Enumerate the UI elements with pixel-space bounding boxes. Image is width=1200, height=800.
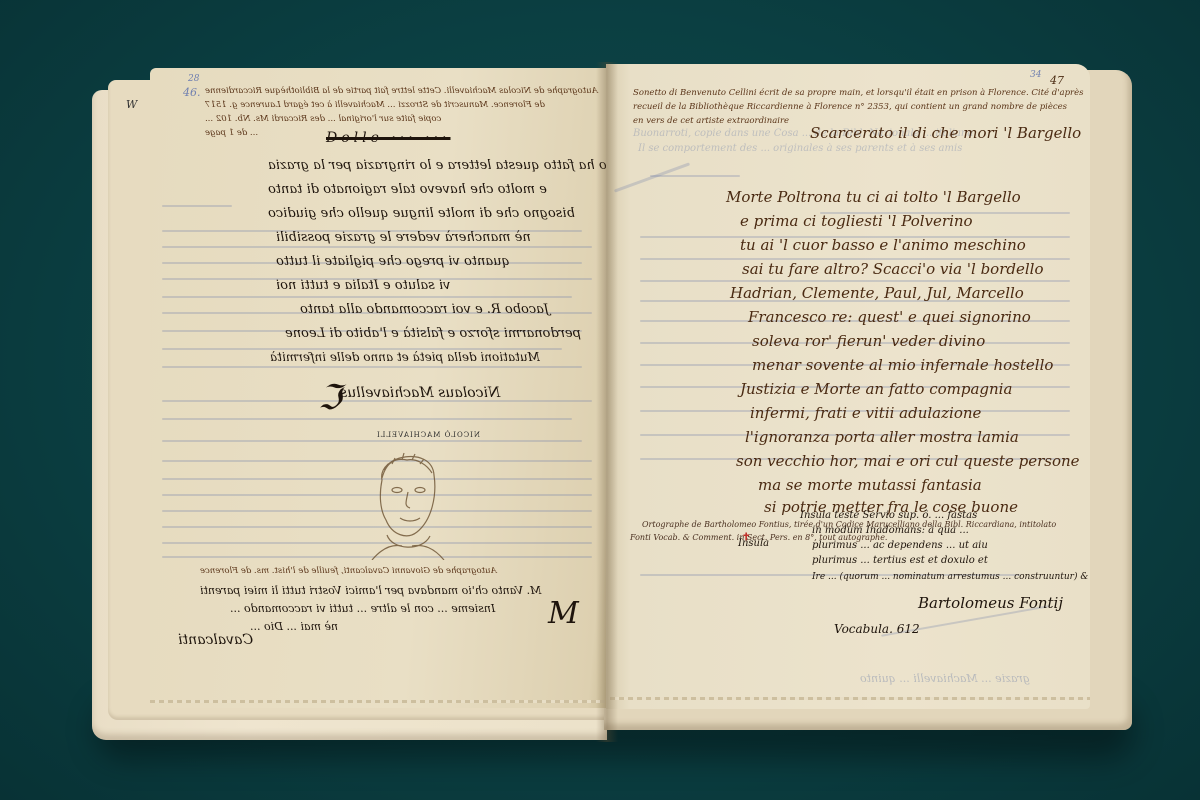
left-page-number-alt: 28	[188, 74, 199, 84]
machiavelli-caption: NICOLÒ MACHIAVELLI	[376, 431, 480, 439]
right-page-deckle-edge	[610, 697, 1090, 700]
sonnet-line: e prima ci togliesti 'l Polverino	[740, 212, 973, 230]
sonnet-line: tu ai 'l cuor basso e l'animo meschino	[740, 236, 1026, 254]
mirrored-line: quanto vi prego che pigliate il tutto	[276, 254, 510, 269]
right-page-number: 47	[1050, 74, 1064, 87]
photo-scene: 46. 28 W Autographe de Nicolas Machiavel…	[0, 0, 1200, 800]
latin-line: plurimus ... tertius est et doxulo et	[812, 555, 988, 566]
sonnet-line: l'ignoranza porta aller mostra lamia	[745, 428, 1019, 446]
sonnet-line: Morte Poltrona tu ci ai tolto 'l Bargell…	[726, 188, 1021, 206]
header-line: Sonetto di Benvenuto Cellini écrit de sa…	[633, 88, 1084, 98]
sonnet-line: menar sovente al mio infernale hostello	[752, 356, 1053, 374]
left-page-deckle-edge	[150, 700, 605, 703]
latin-line: Insula teste Servio sup. ô. ... fastas	[800, 510, 977, 521]
mirrored-line: nè mancherà vedere le grazie possibili	[276, 230, 531, 245]
sonnet-line: Hadrian, Clemente, Paul, Jul, Marcello	[730, 284, 1024, 302]
mirrored-line: e molto che havevo tale ragionato di tan…	[268, 182, 547, 197]
left-footer-line: Insieme ... con le altre ... tutti vi ra…	[230, 602, 495, 615]
left-footer-line: nè mai ... Dio ...	[250, 620, 338, 633]
header-line: recueil de la Bibliothèque Riccardienne …	[633, 102, 1067, 112]
poem-title: Scarcerato il di che mori 'l Bargello	[810, 124, 1081, 142]
machiavelli-signature: Nicolaus Machiavellus	[340, 385, 500, 401]
sonnet-line: Francesco re: quest' e quei signorino	[748, 308, 1031, 326]
mirrored-line: bisogno che di molte lingue quello che g…	[268, 206, 575, 221]
latin-line: in modum Inadomans: à qua ...	[812, 525, 969, 536]
bottom-bleed-line: grazie ... Machiavelli ... quinto	[860, 672, 1030, 685]
mirrored-line: vi saluto e Italia e tutti noi	[276, 278, 450, 293]
mirrored-line: Mutationi della pietà et anno delle infe…	[270, 350, 540, 364]
sonnet-line: sai tu fare altro? Scacci'o via 'l borde…	[742, 260, 1043, 278]
large-initial-m: M	[548, 596, 579, 631]
left-page-number: 46.	[183, 86, 201, 99]
header-line: en vers de cet artiste extraordinaire	[633, 116, 789, 126]
fontius-signature: Bartolomeus Fontij	[918, 594, 1063, 612]
left-header-line: Autographe de Nicolas Machiavelli. Cette…	[205, 86, 598, 96]
sonnet-line: son vecchio hor, mai e ori cul queste pe…	[736, 452, 1080, 470]
sonnet-line: Justizia e Morte an fatto compagnia	[740, 380, 1012, 398]
sonnet-line: soleva ror' fierun' veder divino	[752, 332, 985, 350]
left-footer-line: Autographe de Giovanni Cavalcanti, feuil…	[200, 566, 497, 576]
right-page-number-alt: 34	[1030, 70, 1041, 80]
cavalcanti-signature: Cavalcanti	[178, 632, 253, 648]
left-footer-line: M. Vanto ch'io mandava per l'amici Vostr…	[200, 584, 541, 597]
sonnet-line: ma se morte mutassi fantasia	[758, 476, 982, 494]
edge-page-number: W	[126, 98, 137, 111]
mirrored-line: Cinthio ha fatto questa lettera e lo rin…	[268, 158, 647, 173]
portrait-sketch-icon	[362, 440, 452, 560]
struck-out-line: Dolle ··· ···	[326, 130, 451, 146]
signature-bracket-n: ℑ	[318, 378, 342, 418]
left-header-line: copie faite sur l'original ... des Ricca…	[205, 114, 441, 124]
sonnet-line: infermi, frati e vitii adulazione	[750, 404, 981, 422]
latin-line: Ire ... (quorum ... nominatum arrestumus…	[812, 572, 1088, 582]
bleed-header-line: Il se comportement des ... originales à …	[638, 143, 962, 154]
bottom-bleed-text: grazie ... Machiavelli ... quinto	[860, 672, 1030, 685]
vocabula-reference: Vocabula. 612	[834, 622, 920, 636]
mirrored-line: perdonarmi sforzo e falsità e l'abito di…	[285, 326, 581, 341]
left-header-line: ... de 1 page	[205, 128, 258, 138]
latin-line: plurimus ... ac dependens ... ut aiu	[812, 540, 988, 551]
margin-word-insula: Insula	[738, 538, 769, 549]
book-gutter	[596, 62, 618, 742]
mirrored-line: Jacobo R. e voi raccomando alla tanto	[300, 302, 549, 317]
left-header-line: de Florence. Manuscrit de Strozzi ... Ma…	[205, 100, 545, 110]
